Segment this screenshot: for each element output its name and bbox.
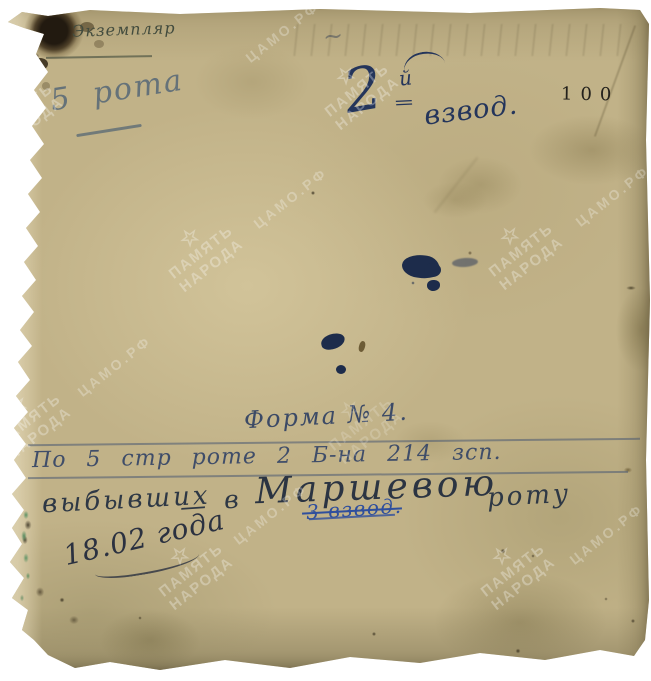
ink-blot <box>320 332 347 352</box>
watermark-tsamo: ЦАМО.РФ <box>250 164 330 231</box>
star-icon: ☆ <box>0 374 54 437</box>
scanned-document-page: Экземпляр 5 рота ~ 2 й = взвод. 100 Форм… <box>0 0 651 681</box>
watermark-line1: ПАМЯТЬ <box>486 220 557 281</box>
ink-blot <box>427 280 440 291</box>
watermark-line1: ПАМЯТЬ <box>166 222 237 283</box>
departed-preposition: в <box>223 487 239 513</box>
stain-speck <box>28 100 38 114</box>
ghost-text-impressions <box>293 24 631 56</box>
watermark-line1: ПАМЯТЬ <box>0 390 65 451</box>
watermark-tsamo: ЦАМО.РФ <box>242 0 322 66</box>
watermark-line2: НАРОДА <box>176 235 247 296</box>
star-icon: ☆ <box>153 206 226 269</box>
watermark-line1: ПАМЯТЬ <box>478 540 549 601</box>
watermark-line2: НАРОДА <box>496 233 567 294</box>
ink-blot <box>424 263 441 277</box>
torn-left-edge <box>6 10 42 662</box>
ink-blot <box>336 365 346 374</box>
watermark-tsamo: ЦАМО.РФ <box>566 500 646 567</box>
company-note: 5 рота <box>48 66 185 117</box>
exemplar-underline <box>46 55 152 59</box>
watermark-pamyat-naroda: ☆ ПАМЯТЬ НАРОДА <box>465 524 559 614</box>
form-title: Форма № 4. <box>243 400 409 433</box>
paper-crease <box>594 25 636 137</box>
ink-smudge <box>452 257 479 268</box>
stain-speck <box>94 40 104 48</box>
paper-crease <box>434 157 479 213</box>
watermark-pamyat-naroda: ☆ ПАМЯТЬ НАРОДА <box>153 206 247 296</box>
platoon-number: 2 <box>339 57 387 123</box>
platoon-equals-mark: = <box>393 95 416 113</box>
star-icon: ☆ <box>473 204 546 267</box>
platoon-word: взвод. <box>423 91 520 129</box>
watermark-line2: НАРОДА <box>488 553 559 614</box>
departed-destination-2: роту <box>486 481 571 511</box>
pen-flourish <box>400 47 445 75</box>
watermark-pamyat-naroda: ☆ ПАМЯТЬ НАРОДА <box>473 204 567 294</box>
watermark-tsamo: ЦАМО.РФ <box>572 162 651 229</box>
watermark-tsamo: ЦАМО.РФ <box>74 332 154 399</box>
pen-squiggle: ~ <box>322 23 345 49</box>
exemplar-note: Экземпляр <box>72 20 176 40</box>
page-number-stamp: 100 <box>561 83 620 105</box>
stain-speck <box>32 58 48 70</box>
brown-speck <box>358 340 367 352</box>
company-underline <box>76 124 142 137</box>
star-icon: ☆ <box>0 64 46 127</box>
paper-sheet: Экземпляр 5 рота ~ 2 й = взвод. 100 Форм… <box>0 0 651 681</box>
star-icon: ☆ <box>465 524 538 587</box>
